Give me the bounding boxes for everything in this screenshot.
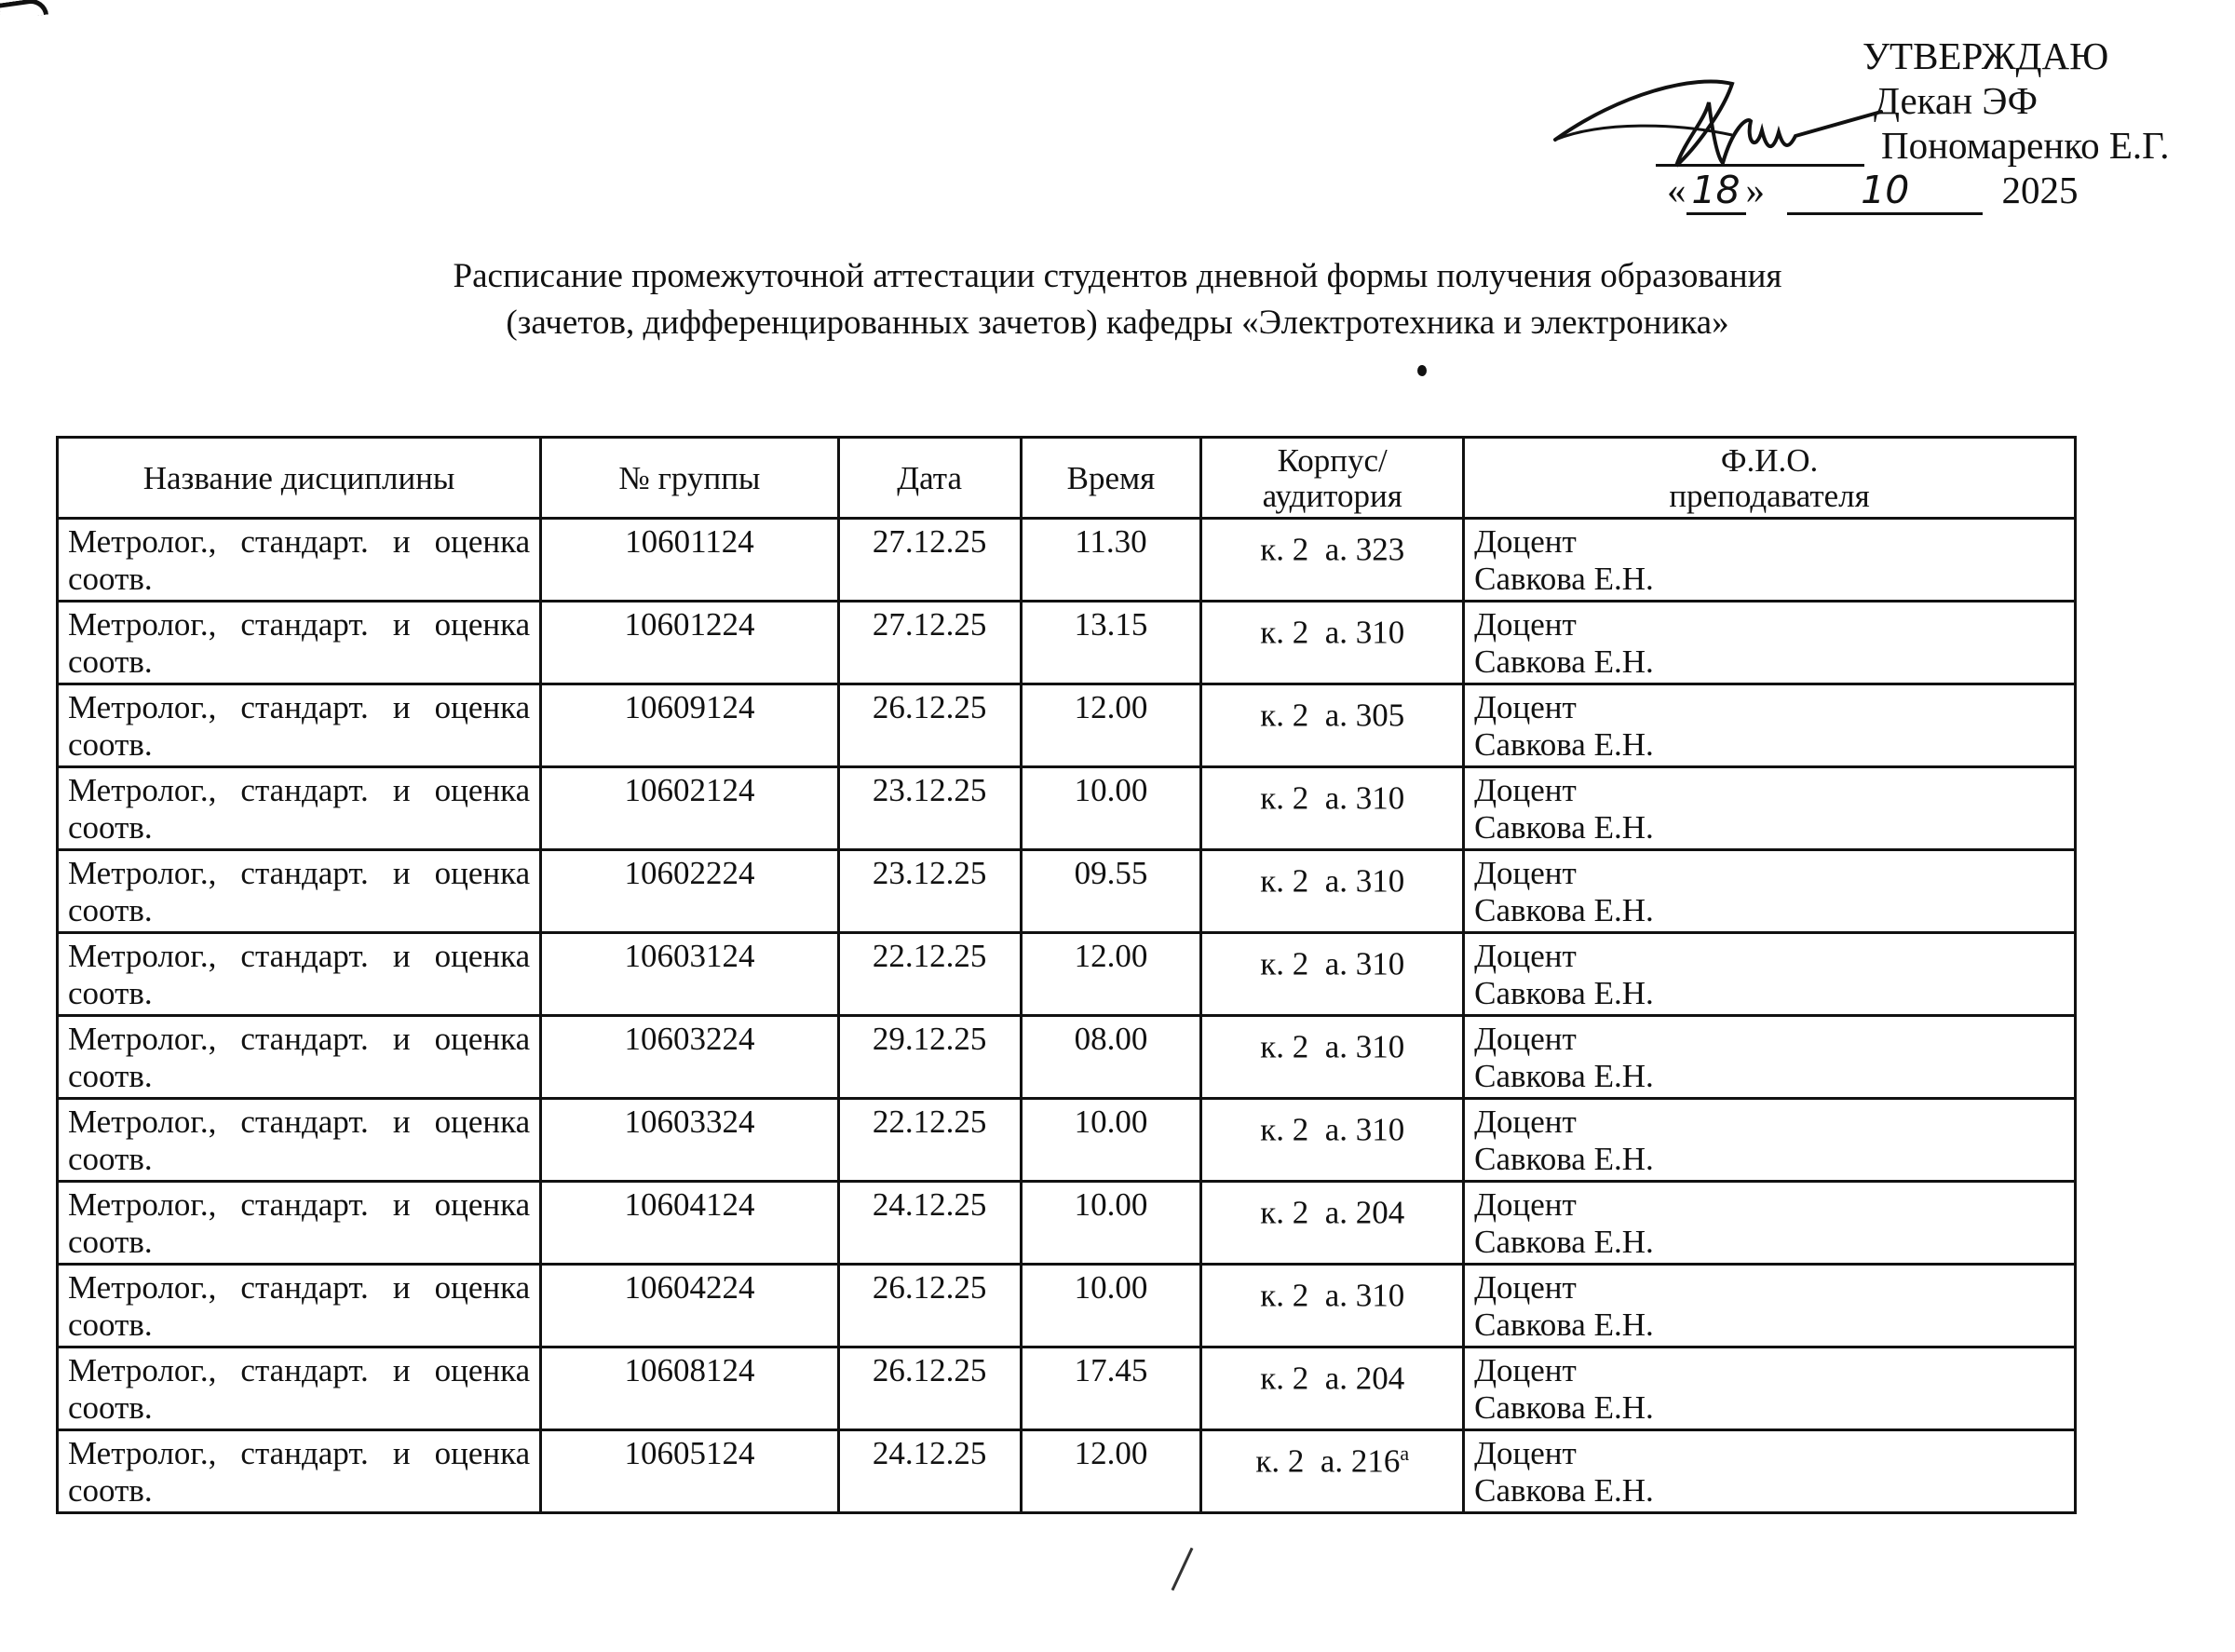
room-text: к. 2 а. 216 (1255, 1443, 1400, 1480)
cell-teacher: ДоцентСавкова Е.Н. (1464, 602, 2076, 684)
cell-room: к. 2 а. 204 (1201, 1182, 1464, 1265)
room-text: к. 2 а. 204 (1260, 1361, 1404, 1397)
cell-teacher: ДоцентСавкова Е.Н. (1464, 1182, 2076, 1265)
room-superscript: а (1400, 1442, 1409, 1465)
cell-teacher: ДоцентСавкова Е.Н. (1464, 519, 2076, 602)
cell-time: 08.00 (1021, 1016, 1201, 1099)
cell-time: 12.00 (1021, 684, 1201, 767)
cell-date: 26.12.25 (838, 684, 1021, 767)
cell-group: 10601224 (541, 602, 839, 684)
header-teacher-line-1: Ф.И.О. (1474, 443, 2065, 479)
cell-date: 26.12.25 (838, 1265, 1021, 1347)
room-text: к. 2 а. 310 (1260, 780, 1404, 817)
teacher-title: Доцент (1474, 1021, 2065, 1058)
cell-time: 10.00 (1021, 767, 1201, 850)
cell-date: 22.12.25 (838, 933, 1021, 1016)
cell-date: 23.12.25 (838, 767, 1021, 850)
approval-name: Пономаренко Е.Г. (1881, 123, 2169, 168)
cell-time: 10.00 (1021, 1182, 1201, 1265)
cell-room: к. 2 а. 310 (1201, 850, 1464, 933)
teacher-name: Савкова Е.Н. (1474, 1058, 2065, 1095)
header-room: Корпус/ аудитория (1201, 438, 1464, 519)
cell-time: 12.00 (1021, 1430, 1201, 1513)
header-teacher-line-2: преподавателя (1474, 479, 2065, 514)
approval-year: 2025 (2002, 169, 2079, 211)
teacher-title: Доцент (1474, 689, 2065, 726)
cell-teacher: ДоцентСавкова Е.Н. (1464, 1347, 2076, 1430)
cell-room: к. 2 а. 305 (1201, 684, 1464, 767)
table-row: Метролог., стандарт. и оценка соотв.1060… (58, 1099, 2076, 1182)
table-row: Метролог., стандарт. и оценка соотв.1060… (58, 602, 2076, 684)
teacher-name: Савкова Е.Н. (1474, 1389, 2065, 1427)
cell-group: 10602224 (541, 850, 839, 933)
room-text: к. 2 а. 323 (1260, 532, 1404, 568)
cell-room: к. 2 а. 204 (1201, 1347, 1464, 1430)
header-room-line-1: Корпус/ (1212, 443, 1453, 479)
cell-teacher: ДоцентСавкова Е.Н. (1464, 1099, 2076, 1182)
table-row: Метролог., стандарт. и оценка соотв.1060… (58, 933, 2076, 1016)
signature-line (1656, 164, 1864, 167)
cell-discipline: Метролог., стандарт. и оценка соотв. (58, 767, 541, 850)
header-date: Дата (838, 438, 1021, 519)
date-close-quote: » (1746, 169, 1766, 211)
approval-block: УТВЕРЖДАЮ Декан ЭФ Пономаренко Е.Г. (1862, 34, 2169, 168)
teacher-title: Доцент (1474, 1435, 2065, 1472)
cell-date: 26.12.25 (838, 1347, 1021, 1430)
cell-discipline: Метролог., стандарт. и оценка соотв. (58, 1347, 541, 1430)
approval-position: Декан ЭФ (1874, 78, 2169, 123)
teacher-name: Савкова Е.Н. (1474, 1141, 2065, 1178)
cell-room: к. 2 а. 310 (1201, 1265, 1464, 1347)
table-row: Метролог., стандарт. и оценка соотв.1060… (58, 519, 2076, 602)
teacher-title: Доцент (1474, 855, 2065, 892)
cell-date: 24.12.25 (838, 1430, 1021, 1513)
cell-room: к. 2 а. 216а (1201, 1430, 1464, 1513)
cell-room: к. 2 а. 323 (1201, 519, 1464, 602)
cell-time: 13.15 (1021, 602, 1201, 684)
approval-month: 10 (1787, 168, 1983, 215)
cell-group: 10602124 (541, 767, 839, 850)
cell-date: 27.12.25 (838, 519, 1021, 602)
cell-time: 09.55 (1021, 850, 1201, 933)
cell-teacher: ДоцентСавкова Е.Н. (1464, 767, 2076, 850)
room-text: к. 2 а. 310 (1260, 1278, 1404, 1314)
room-text: к. 2 а. 305 (1260, 697, 1404, 734)
table-row: Метролог., стандарт. и оценка соотв.1060… (58, 850, 2076, 933)
cell-discipline: Метролог., стандарт. и оценка соотв. (58, 1265, 541, 1347)
cell-group: 10604224 (541, 1265, 839, 1347)
approval-day: 18 (1686, 168, 1746, 215)
cell-time: 11.30 (1021, 519, 1201, 602)
cell-room: к. 2 а. 310 (1201, 1016, 1464, 1099)
cell-room: к. 2 а. 310 (1201, 1099, 1464, 1182)
cell-room: к. 2 а. 310 (1201, 602, 1464, 684)
scan-corner-mark (0, 0, 48, 20)
table-row: Метролог., стандарт. и оценка соотв.1060… (58, 1347, 2076, 1430)
document-title: Расписание промежуточной аттестации студ… (0, 253, 2235, 346)
header-time: Время (1021, 438, 1201, 519)
cell-discipline: Метролог., стандарт. и оценка соотв. (58, 933, 541, 1016)
cell-time: 10.00 (1021, 1265, 1201, 1347)
schedule-table: Название дисциплины № группы Дата Время … (56, 436, 2077, 1514)
teacher-name: Савкова Е.Н. (1474, 726, 2065, 764)
cell-group: 10601124 (541, 519, 839, 602)
header-group: № группы (541, 438, 839, 519)
room-text: к. 2 а. 310 (1260, 946, 1404, 982)
cell-time: 12.00 (1021, 933, 1201, 1016)
cell-discipline: Метролог., стандарт. и оценка соотв. (58, 1430, 541, 1513)
cell-room: к. 2 а. 310 (1201, 767, 1464, 850)
cell-group: 10604124 (541, 1182, 839, 1265)
cell-date: 24.12.25 (838, 1182, 1021, 1265)
date-open-quote: « (1667, 169, 1686, 211)
header-room-line-2: аудитория (1212, 479, 1453, 514)
teacher-name: Савкова Е.Н. (1474, 1307, 2065, 1344)
table-row: Метролог., стандарт. и оценка соотв.1060… (58, 767, 2076, 850)
teacher-name: Савкова Е.Н. (1474, 643, 2065, 681)
cell-group: 10608124 (541, 1347, 839, 1430)
cell-time: 17.45 (1021, 1347, 1201, 1430)
room-text: к. 2 а. 310 (1260, 863, 1404, 900)
cell-teacher: ДоцентСавкова Е.Н. (1464, 1265, 2076, 1347)
cell-discipline: Метролог., стандарт. и оценка соотв. (58, 850, 541, 933)
room-text: к. 2 а. 310 (1260, 1112, 1404, 1148)
teacher-title: Доцент (1474, 1186, 2065, 1224)
cell-group: 10603324 (541, 1099, 839, 1182)
cell-teacher: ДоцентСавкова Е.Н. (1464, 684, 2076, 767)
teacher-title: Доцент (1474, 1104, 2065, 1141)
cell-date: 22.12.25 (838, 1099, 1021, 1182)
cell-teacher: ДоцентСавкова Е.Н. (1464, 850, 2076, 933)
teacher-name: Савкова Е.Н. (1474, 892, 2065, 929)
teacher-title: Доцент (1474, 772, 2065, 809)
teacher-title: Доцент (1474, 606, 2065, 643)
cell-group: 10609124 (541, 684, 839, 767)
table-row: Метролог., стандарт. и оценка соотв.1060… (58, 1182, 2076, 1265)
table-row: Метролог., стандарт. и оценка соотв.1060… (58, 1430, 2076, 1513)
stray-pen-mark (1172, 1548, 1194, 1591)
title-line-2: (зачетов, дифференцированных зачетов) ка… (0, 300, 2235, 346)
teacher-name: Савкова Е.Н. (1474, 561, 2065, 598)
table-row: Метролог., стандарт. и оценка соотв.1060… (58, 1265, 2076, 1347)
cell-date: 27.12.25 (838, 602, 1021, 684)
cell-teacher: ДоцентСавкова Е.Н. (1464, 1016, 2076, 1099)
table-row: Метролог., стандарт. и оценка соотв.1060… (58, 684, 2076, 767)
cell-discipline: Метролог., стандарт. и оценка соотв. (58, 602, 541, 684)
cell-discipline: Метролог., стандарт. и оценка соотв. (58, 1182, 541, 1265)
teacher-title: Доцент (1474, 1269, 2065, 1307)
cell-date: 29.12.25 (838, 1016, 1021, 1099)
cell-room: к. 2 а. 310 (1201, 933, 1464, 1016)
cell-discipline: Метролог., стандарт. и оценка соотв. (58, 1099, 541, 1182)
table-header-row: Название дисциплины № группы Дата Время … (58, 438, 2076, 519)
teacher-name: Савкова Е.Н. (1474, 1224, 2065, 1261)
cell-group: 10605124 (541, 1430, 839, 1513)
cell-teacher: ДоцентСавкова Е.Н. (1464, 1430, 2076, 1513)
teacher-title: Доцент (1474, 523, 2065, 561)
room-text: к. 2 а. 204 (1260, 1195, 1404, 1231)
approval-date: «18» 10 2025 (1667, 168, 2079, 215)
room-text: к. 2 а. 310 (1260, 1029, 1404, 1065)
cell-date: 23.12.25 (838, 850, 1021, 933)
cell-teacher: ДоцентСавкова Е.Н. (1464, 933, 2076, 1016)
header-discipline: Название дисциплины (58, 438, 541, 519)
cell-group: 10603224 (541, 1016, 839, 1099)
ink-dot (1417, 365, 1427, 376)
teacher-title: Доцент (1474, 1352, 2065, 1389)
teacher-name: Савкова Е.Н. (1474, 1472, 2065, 1510)
title-line-1: Расписание промежуточной аттестации студ… (0, 253, 2235, 300)
cell-group: 10603124 (541, 933, 839, 1016)
teacher-name: Савкова Е.Н. (1474, 809, 2065, 846)
cell-discipline: Метролог., стандарт. и оценка соотв. (58, 684, 541, 767)
header-teacher: Ф.И.О. преподавателя (1464, 438, 2076, 519)
table-row: Метролог., стандарт. и оценка соотв.1060… (58, 1016, 2076, 1099)
signature-icon (1546, 65, 1890, 177)
teacher-title: Доцент (1474, 938, 2065, 975)
teacher-name: Савкова Е.Н. (1474, 975, 2065, 1012)
room-text: к. 2 а. 310 (1260, 615, 1404, 651)
cell-time: 10.00 (1021, 1099, 1201, 1182)
cell-discipline: Метролог., стандарт. и оценка соотв. (58, 519, 541, 602)
approval-heading: УТВЕРЖДАЮ (1862, 34, 2169, 78)
cell-discipline: Метролог., стандарт. и оценка соотв. (58, 1016, 541, 1099)
